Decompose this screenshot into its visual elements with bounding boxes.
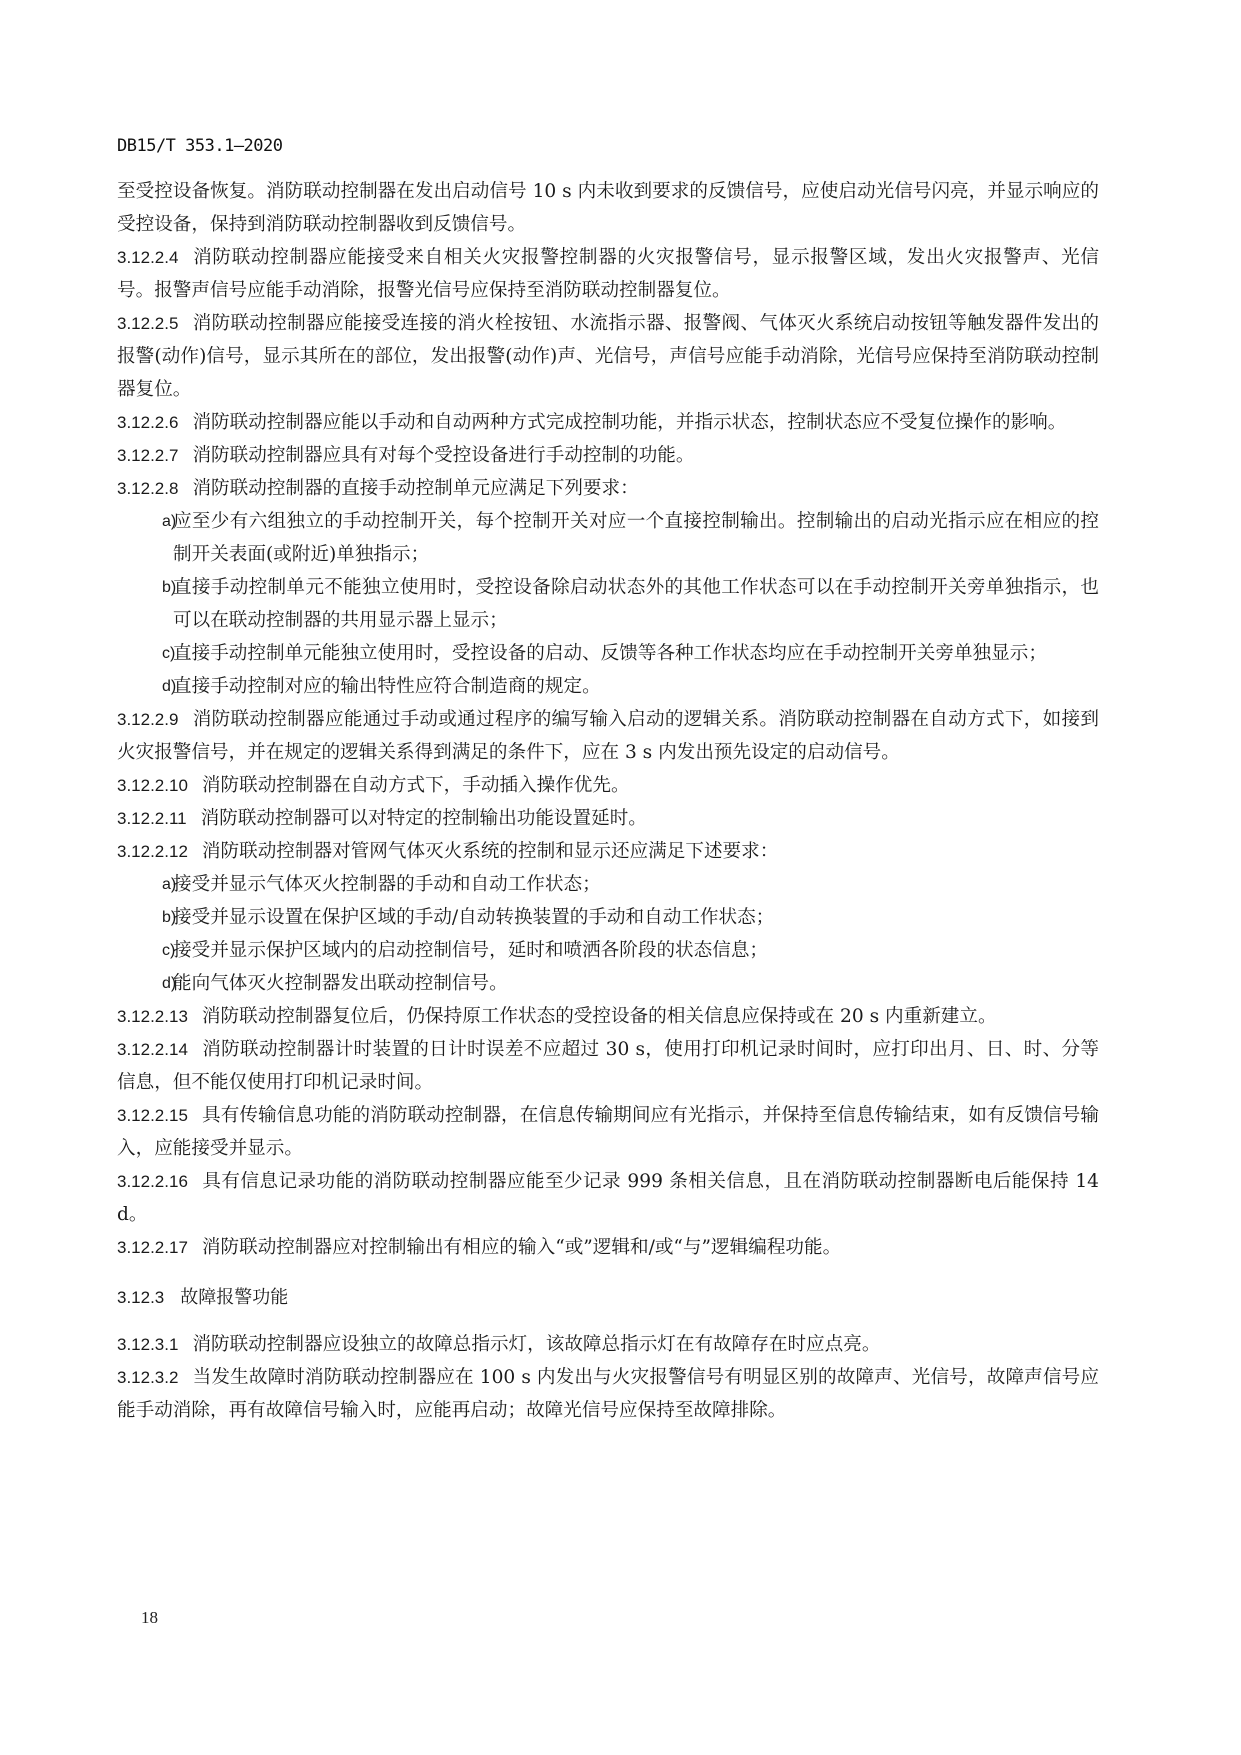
list-item-text: 直接手动控制单元能独立使用时，受控设备的启动、反馈等各种工作状态均应在手动控制开…: [173, 643, 1047, 664]
clause-3-12-3-1: 3.12.3.1消防联动控制器应设独立的故障总指示灯，该故障总指示灯在有故障存在…: [117, 1328, 1099, 1361]
clause-text: 消防联动控制器应能接受来自相关火灾报警控制器的火灾报警信号，显示报警区域，发出火…: [117, 247, 1099, 301]
section-title: 故障报警功能: [180, 1287, 288, 1308]
clause-text: 消防联动控制器的直接手动控制单元应满足下列要求：: [192, 478, 638, 499]
clause-text: 消防联动控制器应对控制输出有相应的输入“或”逻辑和/或“与”逻辑编程功能。: [202, 1237, 841, 1258]
clause-number: 3.12.2.12: [117, 835, 188, 868]
clause-3-12-2-9: 3.12.2.9消防联动控制器应能通过手动或通过程序的编写输入启动的逻辑关系。消…: [117, 703, 1099, 769]
clause-3-12-3-2: 3.12.3.2当发生故障时消防联动控制器应在 100 s 内发出与火灾报警信号…: [117, 1361, 1099, 1427]
list-item: d)直接手动控制对应的输出特性应符合制造商的规定。: [117, 670, 1099, 703]
clause-number: 3.12.2.11: [117, 802, 187, 835]
clause-3-12-2-10: 3.12.2.10消防联动控制器在自动方式下，手动插入操作优先。: [117, 769, 1099, 802]
clause-number: 3.12.2.16: [117, 1165, 188, 1198]
clause-number: 3.12.3.2: [117, 1361, 178, 1394]
clause-text: 消防联动控制器应能以手动和自动两种方式完成控制功能，并指示状态，控制状态应不受复…: [192, 412, 1066, 433]
clause-number: 3.12.2.5: [117, 307, 178, 340]
list-item-text: 直接手动控制对应的输出特性应符合制造商的规定。: [173, 676, 601, 697]
section-heading: 3.12.3故障报警功能: [117, 1281, 1099, 1314]
list-item: c)直接手动控制单元能独立使用时，受控设备的启动、反馈等各种工作状态均应在手动控…: [117, 637, 1099, 670]
clause-3-12-2-16: 3.12.2.16具有信息记录功能的消防联动控制器应能至少记录 999 条相关信…: [117, 1165, 1099, 1231]
list-item-text: 接受并显示气体灭火控制器的手动和自动工作状态；: [173, 874, 601, 895]
clause-text: 消防联动控制器在自动方式下，手动插入操作优先。: [202, 775, 630, 796]
list-item-text: 接受并显示设置在保护区域的手动/自动转换装置的手动和自动工作状态；: [173, 907, 774, 928]
clause-text: 消防联动控制器复位后，仍保持原工作状态的受控设备的相关信息应保持或在 20 s …: [202, 1006, 997, 1027]
clause-3-12-2-12: 3.12.2.12消防联动控制器对管网气体灭火系统的控制和显示还应满足下述要求：: [117, 835, 1099, 868]
clause-3-12-2-14: 3.12.2.14消防联动控制器计时装置的日计时误差不应超过 30 s，使用打印…: [117, 1033, 1099, 1099]
clause-3-12-2-13: 3.12.2.13消防联动控制器复位后，仍保持原工作状态的受控设备的相关信息应保…: [117, 1000, 1099, 1033]
clause-number: 3.12.2.6: [117, 406, 178, 439]
page-number: 18: [141, 1608, 158, 1628]
clause-number: 3.12.2.14: [117, 1033, 188, 1066]
clause-text: 具有传输信息功能的消防联动控制器，在信息传输期间应有光指示，并保持至信息传输结束…: [117, 1105, 1099, 1159]
list-item: c)接受并显示保护区域内的启动控制信号，延时和喷洒各阶段的状态信息；: [117, 934, 1099, 967]
list-marker: d): [162, 670, 176, 703]
clause-number: 3.12.2.15: [117, 1099, 188, 1132]
list-item-text: 接受并显示保护区域内的启动控制信号，延时和喷洒各阶段的状态信息；: [173, 940, 768, 961]
clause-text: 消防联动控制器可以对特定的控制输出功能设置延时。: [201, 808, 647, 829]
list-item: a)接受并显示气体灭火控制器的手动和自动工作状态；: [117, 868, 1099, 901]
clause-3-12-2-6: 3.12.2.6消防联动控制器应能以手动和自动两种方式完成控制功能，并指示状态，…: [117, 406, 1099, 439]
clause-number: 3.12.2.7: [117, 439, 178, 472]
document-code-header: DB15/T 353.1—2020: [117, 136, 283, 156]
section-number: 3.12.3: [117, 1281, 164, 1314]
list-marker: d): [162, 967, 176, 1000]
list-item-text: 能向气体灭火控制器发出联动控制信号。: [173, 973, 508, 994]
continuation-paragraph: 至受控设备恢复。消防联动控制器在发出启动信号 10 s 内未收到要求的反馈信号，…: [117, 175, 1099, 241]
list-marker: a): [162, 868, 176, 901]
list-item-text: 应至少有六组独立的手动控制开关，每个控制开关对应一个直接控制输出。控制输出的启动…: [173, 511, 1099, 565]
clause-3-12-2-4: 3.12.2.4消防联动控制器应能接受来自相关火灾报警控制器的火灾报警信号，显示…: [117, 241, 1099, 307]
list-marker: c): [162, 934, 175, 967]
list-marker: c): [162, 637, 175, 670]
list-item: b)直接手动控制单元不能独立使用时，受控设备除启动状态外的其他工作状态可以在手动…: [117, 571, 1099, 637]
list-item-text: 直接手动控制单元不能独立使用时，受控设备除启动状态外的其他工作状态可以在手动控制…: [173, 577, 1099, 631]
list-marker: a): [162, 505, 176, 538]
clause-number: 3.12.2.13: [117, 1000, 188, 1033]
clause-3-12-2-8: 3.12.2.8消防联动控制器的直接手动控制单元应满足下列要求：: [117, 472, 1099, 505]
clause-number: 3.12.2.8: [117, 472, 178, 505]
clause-text: 当发生故障时消防联动控制器应在 100 s 内发出与火灾报警信号有明显区别的故障…: [117, 1367, 1099, 1421]
clause-number: 3.12.2.10: [117, 769, 188, 802]
clause-number: 3.12.3.1: [117, 1328, 178, 1361]
clause-number: 3.12.2.4: [117, 241, 178, 274]
clause-text: 消防联动控制器计时装置的日计时误差不应超过 30 s，使用打印机记录时间时，应打…: [117, 1039, 1099, 1093]
clause-3-12-2-7: 3.12.2.7消防联动控制器应具有对每个受控设备进行手动控制的功能。: [117, 439, 1099, 472]
clause-3-12-2-15: 3.12.2.15具有传输信息功能的消防联动控制器，在信息传输期间应有光指示，并…: [117, 1099, 1099, 1165]
list-item: b)接受并显示设置在保护区域的手动/自动转换装置的手动和自动工作状态；: [117, 901, 1099, 934]
list-marker: b): [162, 571, 176, 604]
document-body: 至受控设备恢复。消防联动控制器在发出启动信号 10 s 内未收到要求的反馈信号，…: [117, 175, 1099, 1427]
list-item: a)应至少有六组独立的手动控制开关，每个控制开关对应一个直接控制输出。控制输出的…: [117, 505, 1099, 571]
document-page: DB15/T 353.1—2020 至受控设备恢复。消防联动控制器在发出启动信号…: [0, 0, 1241, 1755]
clause-3-12-2-17: 3.12.2.17消防联动控制器应对控制输出有相应的输入“或”逻辑和/或“与”逻…: [117, 1231, 1099, 1264]
clause-text: 具有信息记录功能的消防联动控制器应能至少记录 999 条相关信息，且在消防联动控…: [117, 1171, 1099, 1225]
clause-3-12-2-5: 3.12.2.5消防联动控制器应能接受连接的消火栓按钮、水流指示器、报警阀、气体…: [117, 307, 1099, 406]
clause-text: 消防联动控制器应具有对每个受控设备进行手动控制的功能。: [192, 445, 694, 466]
clause-text: 消防联动控制器应设独立的故障总指示灯，该故障总指示灯在有故障存在时应点亮。: [192, 1334, 880, 1355]
clause-text: 消防联动控制器对管网气体灭火系统的控制和显示还应满足下述要求：: [202, 841, 778, 862]
clause-3-12-2-11: 3.12.2.11消防联动控制器可以对特定的控制输出功能设置延时。: [117, 802, 1099, 835]
list-item: d)能向气体灭火控制器发出联动控制信号。: [117, 967, 1099, 1000]
clause-number: 3.12.2.9: [117, 703, 178, 736]
clause-number: 3.12.2.17: [117, 1231, 188, 1264]
list-marker: b): [162, 901, 176, 934]
clause-text: 消防联动控制器应能通过手动或通过程序的编写输入启动的逻辑关系。消防联动控制器在自…: [117, 709, 1099, 763]
clause-text: 消防联动控制器应能接受连接的消火栓按钮、水流指示器、报警阀、气体灭火系统启动按钮…: [117, 313, 1099, 400]
